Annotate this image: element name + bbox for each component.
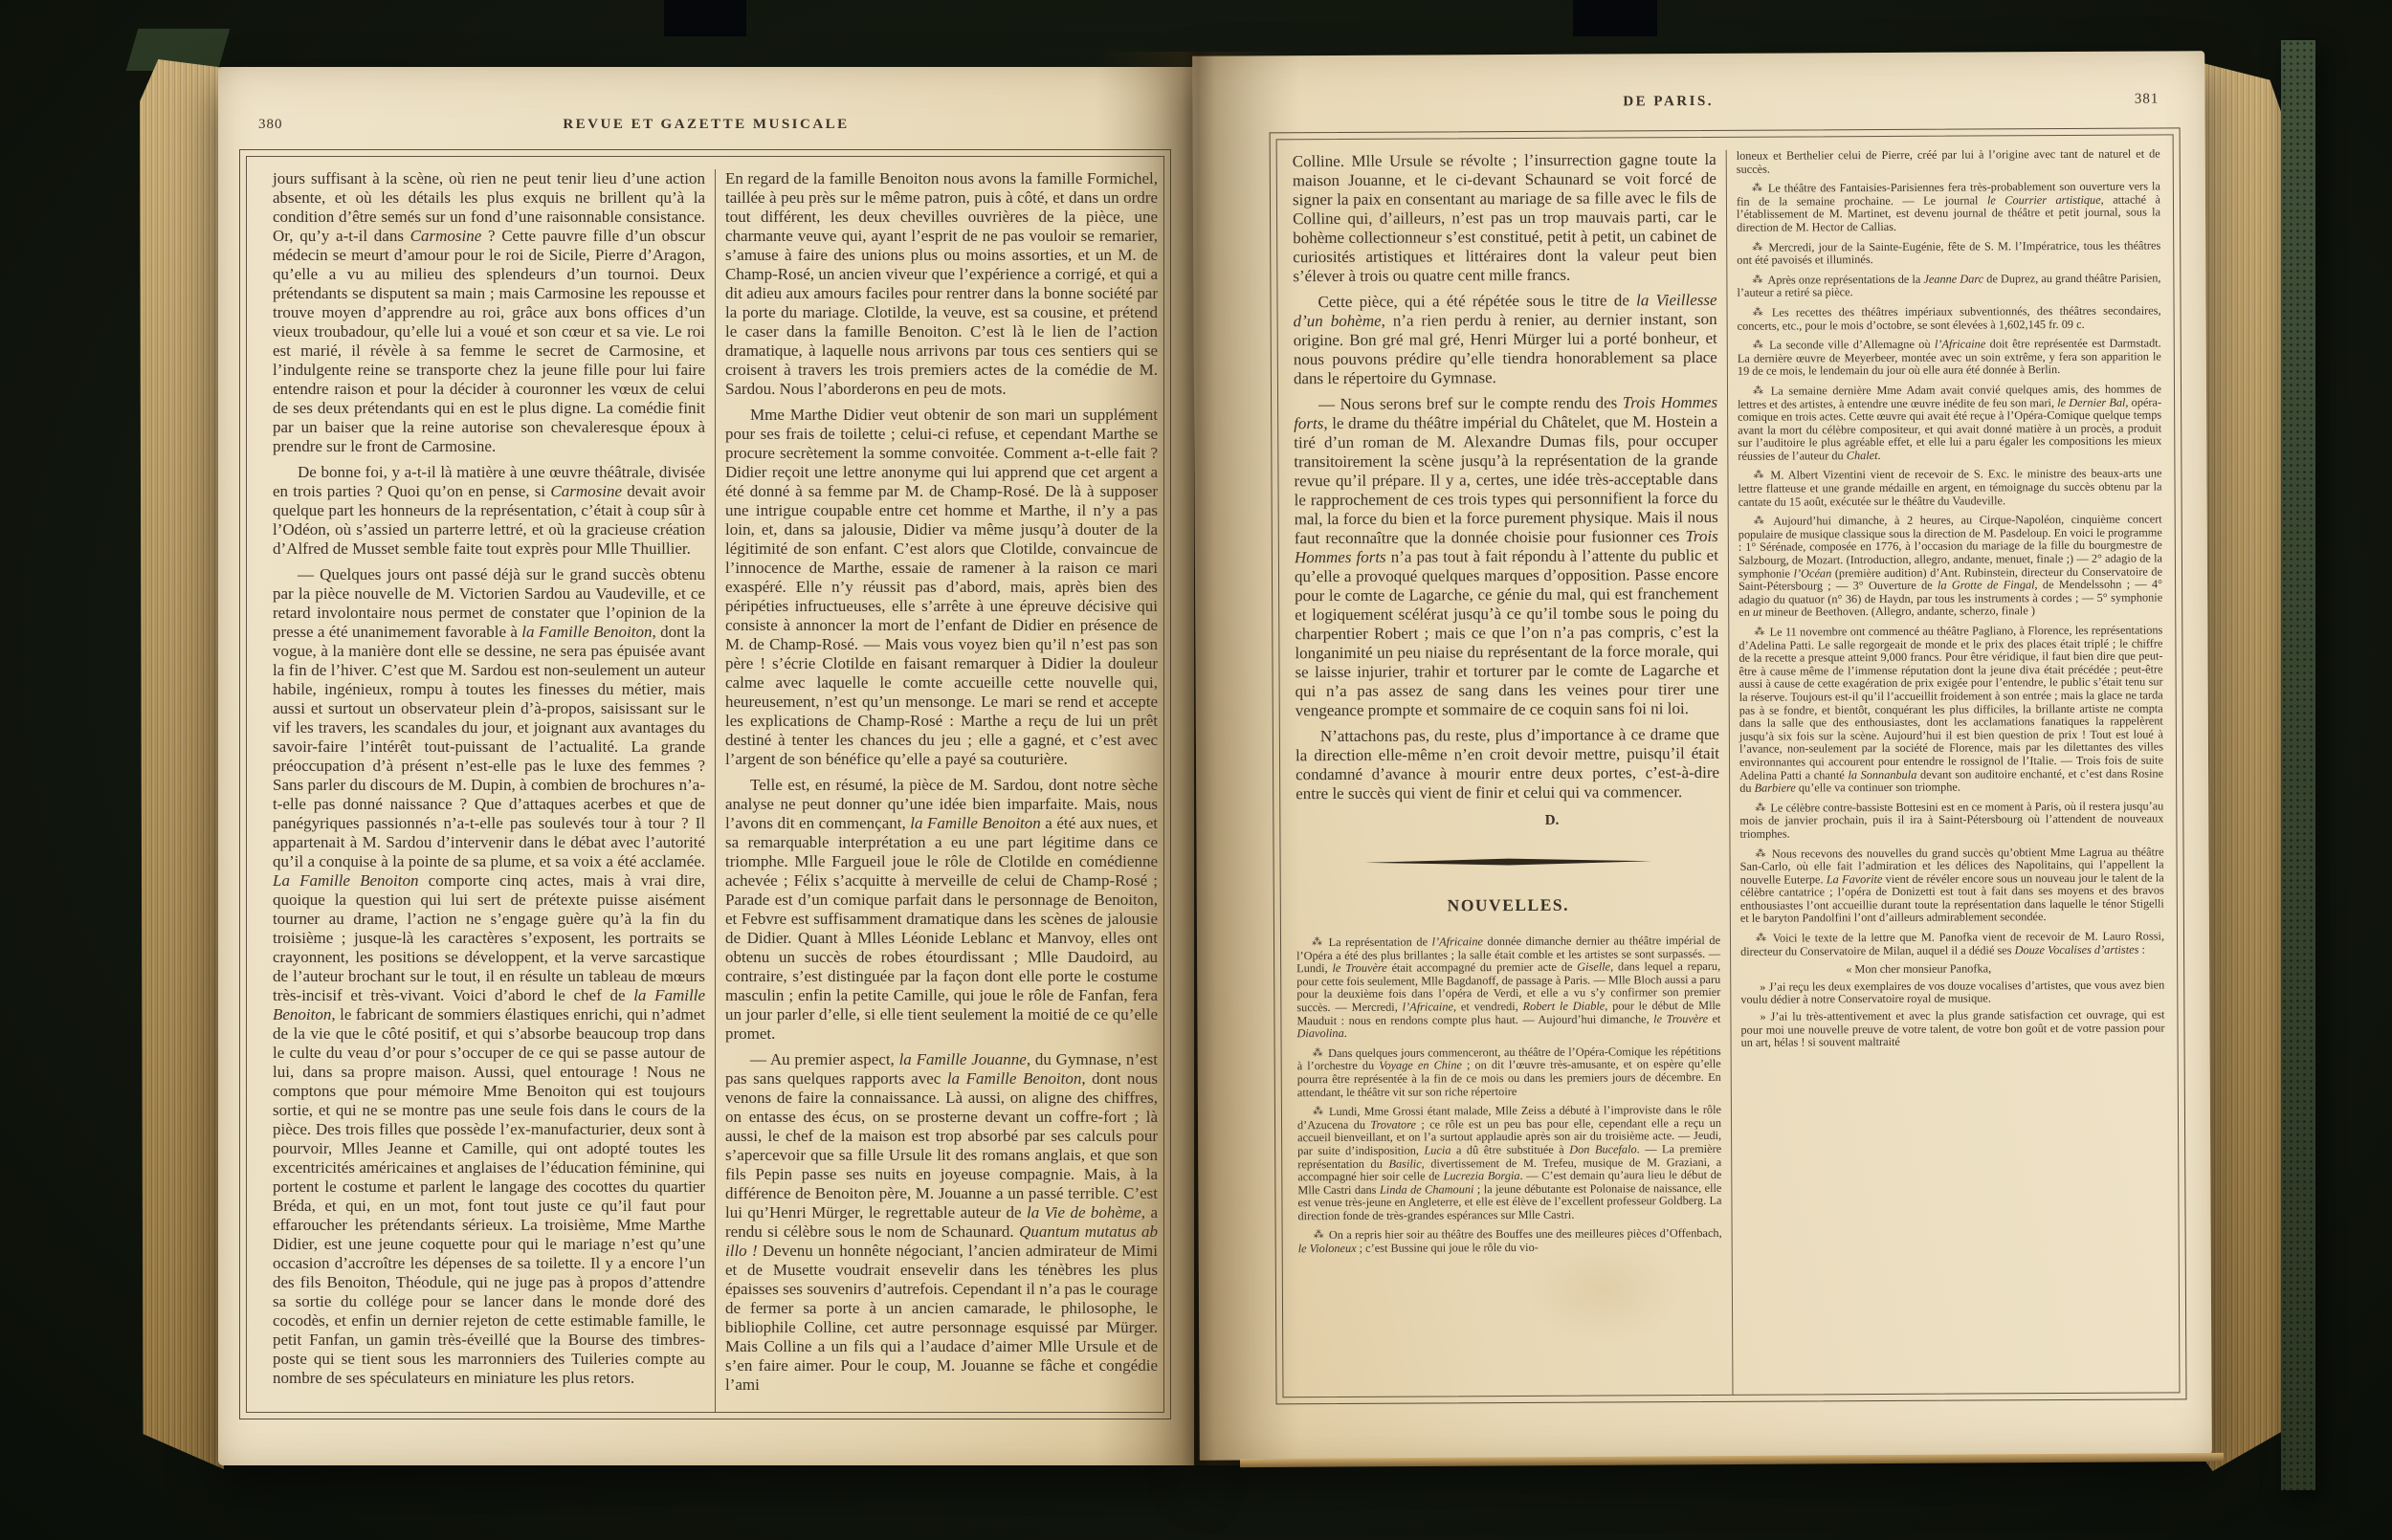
asterism-icon: ⁂: [1754, 515, 1770, 527]
paragraph: De bonne foi, y a-t-il là matière à une …: [273, 463, 705, 559]
news-text: La seconde ville d’Allemagne où l’Africa…: [1738, 337, 2161, 379]
asterism-icon: ⁂: [1753, 469, 1766, 481]
page-edges-right: [2203, 57, 2287, 1471]
asterism-icon: ⁂: [1756, 932, 1769, 944]
column-rule: [1726, 150, 1734, 1395]
news-text: La représentation de l’Africaine donnée …: [1296, 934, 1720, 1040]
asterism-icon: ⁂: [1313, 1105, 1325, 1117]
lens-divider-rule: [1364, 857, 1651, 867]
asterism-icon: ⁂: [1314, 1229, 1325, 1242]
news-text: Le théâtre des Fantaisies-Parisiennes fe…: [1737, 180, 2160, 234]
paragraph: Colline. Mlle Ursule se révolte ; l’insu…: [1293, 150, 1717, 286]
column-1: Colline. Mlle Ursule se révolte ; l’insu…: [1293, 150, 1723, 1397]
section-title-nouvelles: NOUVELLES.: [1296, 894, 1720, 915]
page-number: 380: [258, 117, 283, 133]
column-2: loneux et Berthelier celui de Pierre, cr…: [1737, 147, 2167, 1394]
news-text: Mercredi, jour de la Sainte-Eugénie, fêt…: [1737, 238, 2160, 267]
news-item: ⁂Dans quelques jours commenceront, au th…: [1297, 1045, 1721, 1100]
news-item: ⁂Mercredi, jour de la Sainte-Eugénie, fê…: [1737, 239, 2160, 268]
paragraph: En regard de la famille Benoiton nous av…: [725, 169, 1158, 399]
letter-line: » J’ai reçu les deux exemplaires de vos …: [1740, 979, 2164, 1007]
page-380: 380 REVUE ET GAZETTE MUSICALE jours suff…: [218, 67, 1194, 1465]
news-item: ⁂On a repris hier soir au théâtre des Bo…: [1298, 1227, 1722, 1256]
news-item: ⁂Nous recevons des nouvelles du grand su…: [1740, 846, 2164, 926]
asterism-icon: ⁂: [1752, 182, 1764, 194]
page-frame: jours suffisant à la scène, où rien ne p…: [239, 149, 1171, 1419]
asterism-icon: ⁂: [1312, 935, 1325, 948]
page-header-left: 380 REVUE ET GAZETTE MUSICALE: [218, 117, 1194, 145]
news-item: ⁂Après onze représentations de la Jeanne…: [1737, 272, 2160, 300]
news-item: ⁂La représentation de l’Africaine donnée…: [1296, 935, 1721, 1041]
asterism-icon: ⁂: [1754, 626, 1765, 638]
asterism-icon: ⁂: [1755, 801, 1766, 813]
news-item: ⁂Le célèbre contre-bassiste Bottesini es…: [1739, 800, 2163, 841]
asterism-icon: ⁂: [1753, 339, 1765, 351]
page-frame-inner: jours suffisant à la scène, où rien ne p…: [246, 156, 1164, 1413]
news-item: ⁂Le théâtre des Fantaisies-Parisiennes f…: [1737, 181, 2160, 235]
news-text: Nous recevons des nouvelles du grand suc…: [1740, 845, 2164, 925]
paragraph: Mme Marthe Didier veut obtenir de son ma…: [725, 406, 1158, 769]
letter-line: » J’ai lu très-attentivement et avec la …: [1740, 1009, 2164, 1050]
paragraph: jours suffisant à la scène, où rien ne p…: [273, 169, 705, 456]
news-item: ⁂Les recettes des théâtres impériaux sub…: [1738, 304, 2161, 333]
news-text: Le 11 novembre ont commencé au théâtre P…: [1739, 623, 2163, 794]
book-cover-edge-right: [2281, 40, 2315, 1490]
news-text: Le célèbre contre-bassiste Bottesini est…: [1739, 799, 2163, 841]
background-clamp-right: [1573, 0, 1657, 36]
author-signature: D.: [1296, 810, 1719, 831]
news-text: Les recettes des théâtres impériaux subv…: [1738, 303, 2161, 332]
column-2: En regard de la famille Benoiton nous av…: [725, 169, 1158, 1412]
news-item: ⁂Aujourd’hui dimanche, à 2 heures, au Ci…: [1739, 514, 2163, 620]
news-item: ⁂La semaine dernière Mme Adam avait conv…: [1738, 383, 2161, 463]
section-divider: [1296, 852, 1720, 871]
news-text: Voici le texte de la lettre que M. Panof…: [1740, 930, 2164, 958]
paragraph: — Au premier aspect, la Famille Jouanne,…: [725, 1050, 1158, 1395]
news-text: Dans quelques jours commenceront, au thé…: [1297, 1045, 1721, 1099]
paragraph: — Quelques jours ont passé déjà sur le g…: [273, 565, 705, 1388]
asterism-icon: ⁂: [1752, 273, 1763, 285]
news-text: Lundi, Mme Grossi étant malade, Mlle Zei…: [1297, 1103, 1721, 1222]
news-item: ⁂Lundi, Mme Grossi étant malade, Mlle Ze…: [1297, 1104, 1722, 1223]
asterism-icon: ⁂: [1753, 385, 1767, 397]
news-item: ⁂Le 11 novembre ont commencé au théâtre …: [1739, 624, 2163, 795]
paragraph: N’attachons pas, du reste, plus d’import…: [1296, 725, 1719, 803]
page-frame: Colline. Mlle Ursule se révolte ; l’insu…: [1270, 127, 2187, 1404]
running-title: REVUE ET GAZETTE MUSICALE: [563, 117, 849, 133]
news-continuation: loneux et Berthelier celui de Pierre, cr…: [1737, 147, 2160, 176]
column-1: jours suffisant à la scène, où rien ne p…: [273, 169, 705, 1412]
page-edges-left: [140, 59, 224, 1469]
letter-salutation: « Mon cher monsieur Panofka,: [1740, 962, 2164, 978]
news-item: ⁂Voici le texte de la lettre que M. Pano…: [1740, 931, 2164, 959]
news-text: M. Albert Vizentini vient de recevoir de…: [1739, 467, 2162, 509]
paragraph: Telle est, en résumé, la pièce de M. Sar…: [725, 776, 1158, 1044]
running-title: DE PARIS.: [1623, 94, 1714, 110]
news-text: On a repris hier soir au théâtre des Bou…: [1298, 1226, 1722, 1255]
asterism-icon: ⁂: [1753, 306, 1768, 319]
background-clamp-left: [664, 0, 746, 36]
page-381: DE PARIS. 381 Colline. Mlle Ursule se ré…: [1192, 51, 2212, 1461]
news-text: La semaine dernière Mme Adam avait convi…: [1738, 382, 2161, 462]
news-item: ⁂La seconde ville d’Allemagne où l’Afric…: [1738, 338, 2161, 379]
page-header-right: DE PARIS. 381: [1192, 91, 2204, 125]
news-text: Après onze représentations de la Jeanne …: [1737, 271, 2160, 299]
asterism-icon: ⁂: [1752, 240, 1764, 253]
news-text: Aujourd’hui dimanche, à 2 heures, au Cir…: [1739, 513, 2162, 619]
photo-background: 380 REVUE ET GAZETTE MUSICALE jours suff…: [0, 0, 2392, 1540]
asterism-icon: ⁂: [1755, 847, 1767, 859]
page-number: 381: [2135, 91, 2159, 107]
page-frame-inner: Colline. Mlle Ursule se révolte ; l’insu…: [1276, 134, 2181, 1397]
paragraph: — Nous serons bref sur le compte rendu d…: [1294, 393, 1719, 720]
asterism-icon: ⁂: [1313, 1046, 1325, 1059]
column-rule: [715, 169, 716, 1412]
news-item: ⁂M. Albert Vizentini vient de recevoir d…: [1738, 468, 2161, 509]
paragraph: Cette pièce, qui a été répétée sous le t…: [1293, 291, 1717, 388]
